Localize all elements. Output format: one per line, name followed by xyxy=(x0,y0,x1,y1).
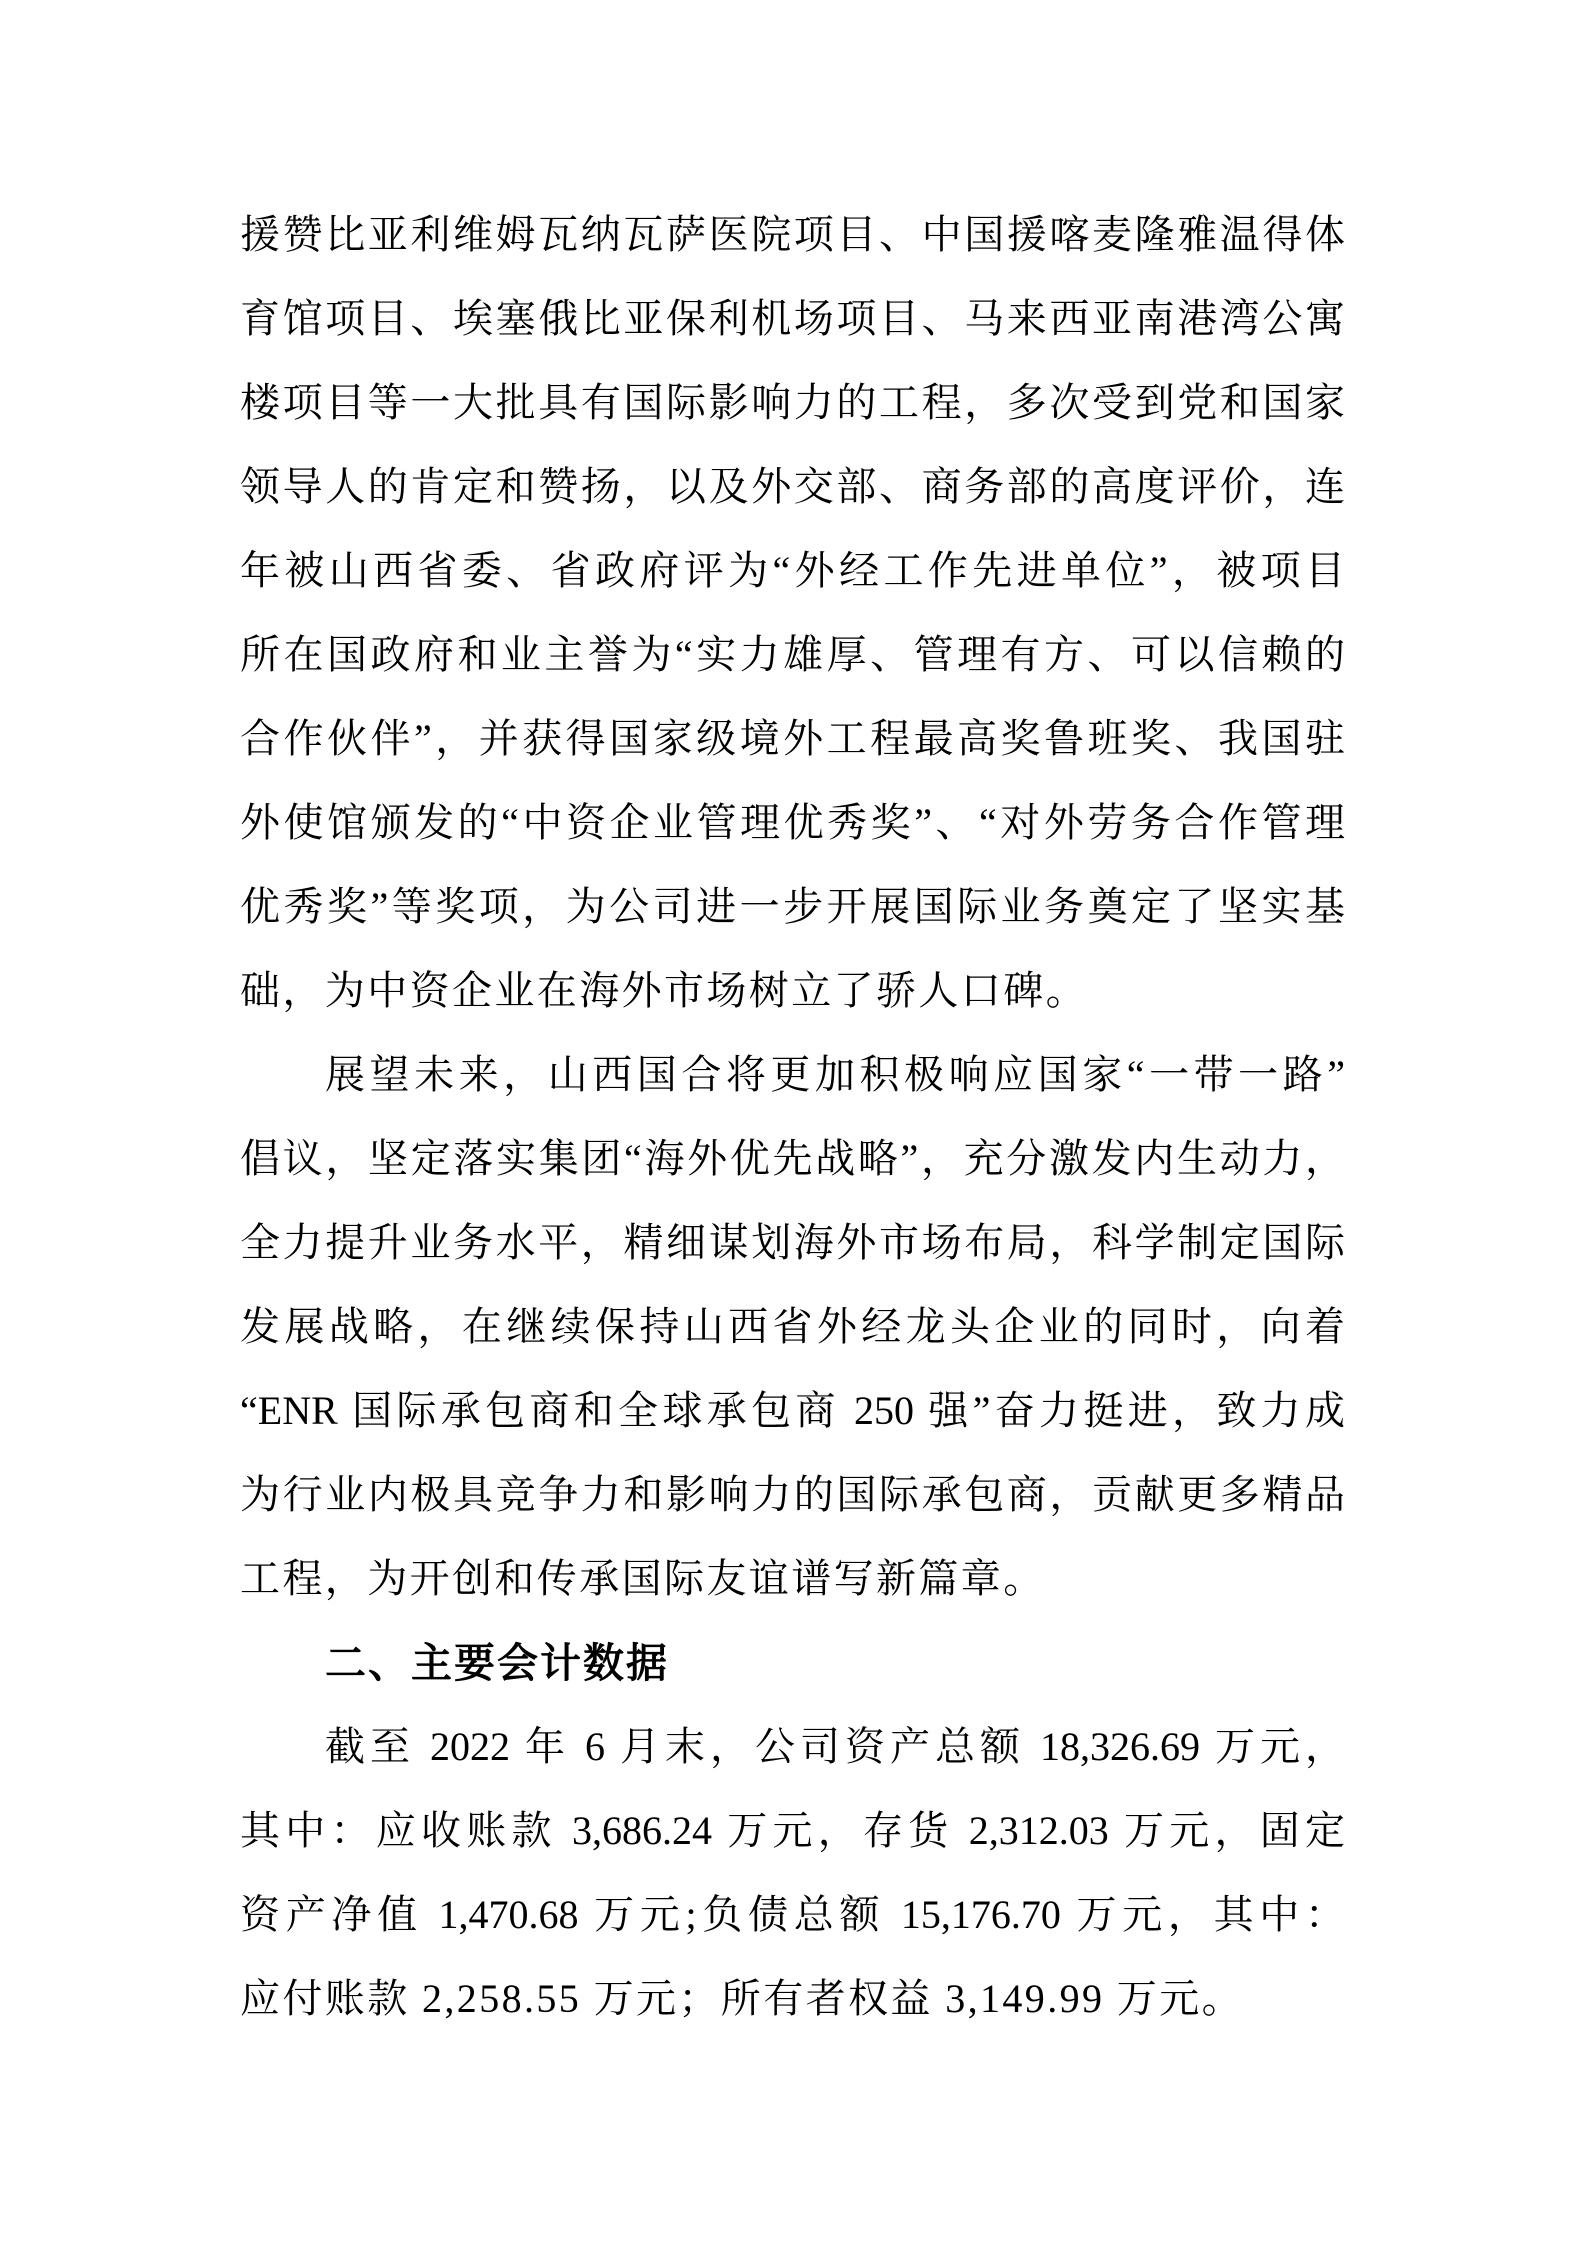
text-line: 资产净值 1,470.68 万元;负债总额 15,176.70 万元，其中： xyxy=(240,1873,1345,1957)
text-line: 为行业内极具竞争力和影响力的国际承包商，贡献更多精品 xyxy=(240,1453,1345,1537)
text-line: 年被山西省委、省政府评为“外经工作先进单位”，被项目 xyxy=(240,529,1345,613)
text-line: “ENR 国际承包商和全球承包商 250 强”奋力挺进，致力成 xyxy=(240,1369,1345,1453)
text-line: 工程，为开创和传承国际友谊谱写新篇章。 xyxy=(240,1537,1345,1621)
paragraph: 援赞比亚利维姆瓦纳瓦萨医院项目、中国援喀麦隆雅温得体育馆项目、埃塞俄比亚保利机场… xyxy=(240,193,1345,1033)
text-line: 所在国政府和业主誉为“实力雄厚、管理有方、可以信赖的 xyxy=(240,613,1345,697)
text-line: 育馆项目、埃塞俄比亚保利机场项目、马来西亚南港湾公寓 xyxy=(240,277,1345,361)
text-line: 楼项目等一大批具有国际影响力的工程，多次受到党和国家 xyxy=(240,361,1345,445)
text-line: 截至 2022 年 6 月末，公司资产总额 18,326.69 万元， xyxy=(240,1705,1345,1789)
paragraph: 展望未来，山西国合将更加积极响应国家“一带一路”倡议，坚定落实集团“海外优先战略… xyxy=(240,1033,1345,1621)
text-line: 外使馆颁发的“中资企业管理优秀奖”、“对外劳务合作管理 xyxy=(240,781,1345,865)
text-line: 合作伙伴”，并获得国家级境外工程最高奖鲁班奖、我国驻 xyxy=(240,697,1345,781)
paragraph: 截至 2022 年 6 月末，公司资产总额 18,326.69 万元，其中：应收… xyxy=(240,1705,1345,2041)
text-line: 援赞比亚利维姆瓦纳瓦萨医院项目、中国援喀麦隆雅温得体 xyxy=(240,193,1345,277)
text-line: 优秀奖”等奖项，为公司进一步开展国际业务奠定了坚实基 xyxy=(240,865,1345,949)
text-line: 领导人的肯定和赞扬，以及外交部、商务部的高度评价，连 xyxy=(240,445,1345,529)
section-heading: 二、主要会计数据 xyxy=(240,1621,1345,1705)
heading-text: 二、主要会计数据 xyxy=(240,1621,1345,1705)
text-line: 础，为中资企业在海外市场树立了骄人口碑。 xyxy=(240,949,1345,1033)
text-line: 其中：应收账款 3,686.24 万元，存货 2,312.03 万元，固定 xyxy=(240,1789,1345,1873)
text-line: 应付账款 2,258.55 万元；所有者权益 3,149.99 万元。 xyxy=(240,1957,1345,2041)
document-page: 援赞比亚利维姆瓦纳瓦萨医院项目、中国援喀麦隆雅温得体育馆项目、埃塞俄比亚保利机场… xyxy=(0,0,1587,2245)
text-line: 全力提升业务水平，精细谋划海外市场布局，科学制定国际 xyxy=(240,1201,1345,1285)
text-line: 倡议，坚定落实集团“海外优先战略”，充分激发内生动力， xyxy=(240,1117,1345,1201)
text-line: 发展战略，在继续保持山西省外经龙头企业的同时，向着 xyxy=(240,1285,1345,1369)
document-content: 援赞比亚利维姆瓦纳瓦萨医院项目、中国援喀麦隆雅温得体育馆项目、埃塞俄比亚保利机场… xyxy=(240,193,1345,2041)
text-line: 展望未来，山西国合将更加积极响应国家“一带一路” xyxy=(240,1033,1345,1117)
